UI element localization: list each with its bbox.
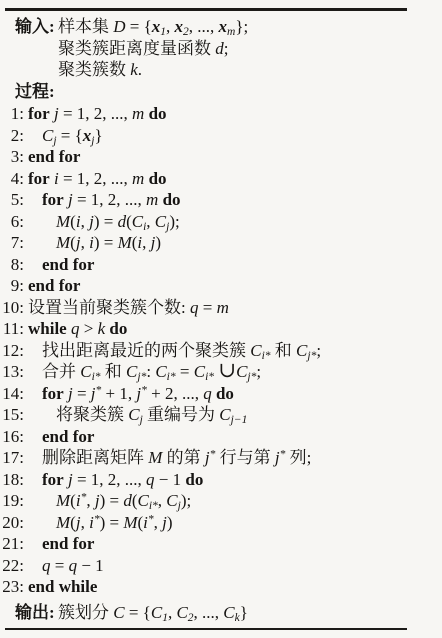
line-number: 7: bbox=[0, 232, 24, 254]
step-content: for j = 1, 2, ..., m do bbox=[24, 103, 167, 125]
step-content: for j = j* + 1, j* + 2, ..., q do bbox=[24, 383, 234, 405]
output-label: 输出: bbox=[15, 602, 58, 624]
line-number: 19: bbox=[0, 490, 24, 512]
algorithm-figure: 输入: 样本集 D = {x1, x2, ..., xm}; 聚类簇距离度量函数… bbox=[0, 0, 442, 638]
input-row: 聚类簇数 k. bbox=[15, 59, 442, 81]
line-number: 22: bbox=[0, 555, 24, 577]
output-row: 输出: 簇划分 C = {C1, C2, ..., Ck} bbox=[0, 602, 442, 624]
line-number: 6: bbox=[0, 211, 24, 233]
line-number: 1: bbox=[0, 103, 24, 125]
line-number: 4: bbox=[0, 168, 24, 190]
step-row: 18:for j = 1, 2, ..., q − 1 do bbox=[0, 469, 442, 491]
step-row: 7:M(j, i) = M(i, j) bbox=[0, 232, 442, 254]
step-content: end for bbox=[24, 533, 94, 555]
steps-list: 1:for j = 1, 2, ..., m do2:Cj = {xj}3:en… bbox=[0, 103, 442, 598]
step-row: 2:Cj = {xj} bbox=[0, 125, 442, 147]
step-content: M(j, i*) = M(i*, j) bbox=[24, 512, 173, 534]
line-number: 12: bbox=[0, 340, 24, 362]
step-content: end for bbox=[24, 146, 80, 168]
input-line-2: 聚类簇距离度量函数 d; bbox=[58, 38, 228, 60]
process-label: 过程: bbox=[15, 81, 442, 103]
input-row: 聚类簇距离度量函数 d; bbox=[15, 38, 442, 60]
line-number: 16: bbox=[0, 426, 24, 448]
step-row: 6:M(i, j) = d(Ci, Cj); bbox=[0, 211, 442, 233]
step-row: 3:end for bbox=[0, 146, 442, 168]
step-row: 23:end while bbox=[0, 576, 442, 598]
input-label: 输入: bbox=[15, 16, 58, 38]
step-content: for j = 1, 2, ..., m do bbox=[24, 189, 181, 211]
line-number: 8: bbox=[0, 254, 24, 276]
step-content: 合并 Ci* 和 Cj*: Ci* = Ci* ∪Cj*; bbox=[24, 361, 261, 383]
step-content: end while bbox=[24, 576, 97, 598]
line-number: 3: bbox=[0, 146, 24, 168]
line-number: 17: bbox=[0, 447, 24, 469]
step-content: 删除距离矩阵 M 的第 j* 行与第 j* 列; bbox=[24, 447, 311, 469]
line-number: 10: bbox=[0, 297, 24, 319]
input-label-spacer bbox=[15, 38, 58, 60]
step-row: 21:end for bbox=[0, 533, 442, 555]
step-content: M(j, i) = M(i, j) bbox=[24, 232, 161, 254]
line-number: 15: bbox=[0, 404, 24, 426]
step-content: end for bbox=[24, 254, 94, 276]
step-row: 9:end for bbox=[0, 275, 442, 297]
input-row: 输入: 样本集 D = {x1, x2, ..., xm}; bbox=[15, 16, 442, 38]
bottom-rule bbox=[5, 628, 407, 631]
line-number: 14: bbox=[0, 383, 24, 405]
step-row: 22:q = q − 1 bbox=[0, 555, 442, 577]
line-number: 9: bbox=[0, 275, 24, 297]
line-number: 18: bbox=[0, 469, 24, 491]
step-row: 8:end for bbox=[0, 254, 442, 276]
step-content: q = q − 1 bbox=[24, 555, 104, 577]
input-line-1: 样本集 D = {x1, x2, ..., xm}; bbox=[58, 16, 248, 38]
top-rule bbox=[5, 8, 407, 11]
step-content: for j = 1, 2, ..., q − 1 do bbox=[24, 469, 203, 491]
line-number: 5: bbox=[0, 189, 24, 211]
step-row: 17:删除距离矩阵 M 的第 j* 行与第 j* 列; bbox=[0, 447, 442, 469]
step-row: 4:for i = 1, 2, ..., m do bbox=[0, 168, 442, 190]
union-symbol: ∪ bbox=[218, 358, 236, 382]
line-number: 23: bbox=[0, 576, 24, 598]
input-line-3: 聚类簇数 k. bbox=[58, 59, 142, 81]
step-content: end for bbox=[24, 426, 94, 448]
output-line: 簇划分 C = {C1, C2, ..., Ck} bbox=[58, 602, 248, 624]
step-content: while q > k do bbox=[24, 318, 127, 340]
step-row: 15:将聚类簇 Cj 重编号为 Cj−1 bbox=[0, 404, 442, 426]
line-number: 2: bbox=[0, 125, 24, 147]
step-content: Cj = {xj} bbox=[24, 125, 103, 147]
step-content: end for bbox=[24, 275, 80, 297]
step-row: 20:M(j, i*) = M(i*, j) bbox=[0, 512, 442, 534]
line-number: 21: bbox=[0, 533, 24, 555]
step-content: 设置当前聚类簇个数: q = m bbox=[24, 297, 229, 319]
step-row: 5:for j = 1, 2, ..., m do bbox=[0, 189, 442, 211]
step-row: 16:end for bbox=[0, 426, 442, 448]
step-row: 14:for j = j* + 1, j* + 2, ..., q do bbox=[0, 383, 442, 405]
input-label-spacer bbox=[15, 59, 58, 81]
step-row: 19:M(i*, j) = d(Ci*, Cj); bbox=[0, 490, 442, 512]
step-row: 11:while q > k do bbox=[0, 318, 442, 340]
line-number: 20: bbox=[0, 512, 24, 534]
line-number: 11: bbox=[0, 318, 24, 340]
step-content: M(i*, j) = d(Ci*, Cj); bbox=[24, 490, 191, 512]
step-content: M(i, j) = d(Ci, Cj); bbox=[24, 211, 180, 233]
line-number: 13: bbox=[0, 361, 24, 383]
step-content: for i = 1, 2, ..., m do bbox=[24, 168, 167, 190]
algorithm-header: 输入: 样本集 D = {x1, x2, ..., xm}; 聚类簇距离度量函数… bbox=[15, 16, 442, 102]
step-row: 10:设置当前聚类簇个数: q = m bbox=[0, 297, 442, 319]
step-content: 找出距离最近的两个聚类簇 Ci* 和 Cj*; bbox=[24, 340, 321, 362]
step-row: 1:for j = 1, 2, ..., m do bbox=[0, 103, 442, 125]
step-row: 13:合并 Ci* 和 Cj*: Ci* = Ci* ∪Cj*; bbox=[0, 361, 442, 383]
step-content: 将聚类簇 Cj 重编号为 Cj−1 bbox=[24, 404, 247, 426]
